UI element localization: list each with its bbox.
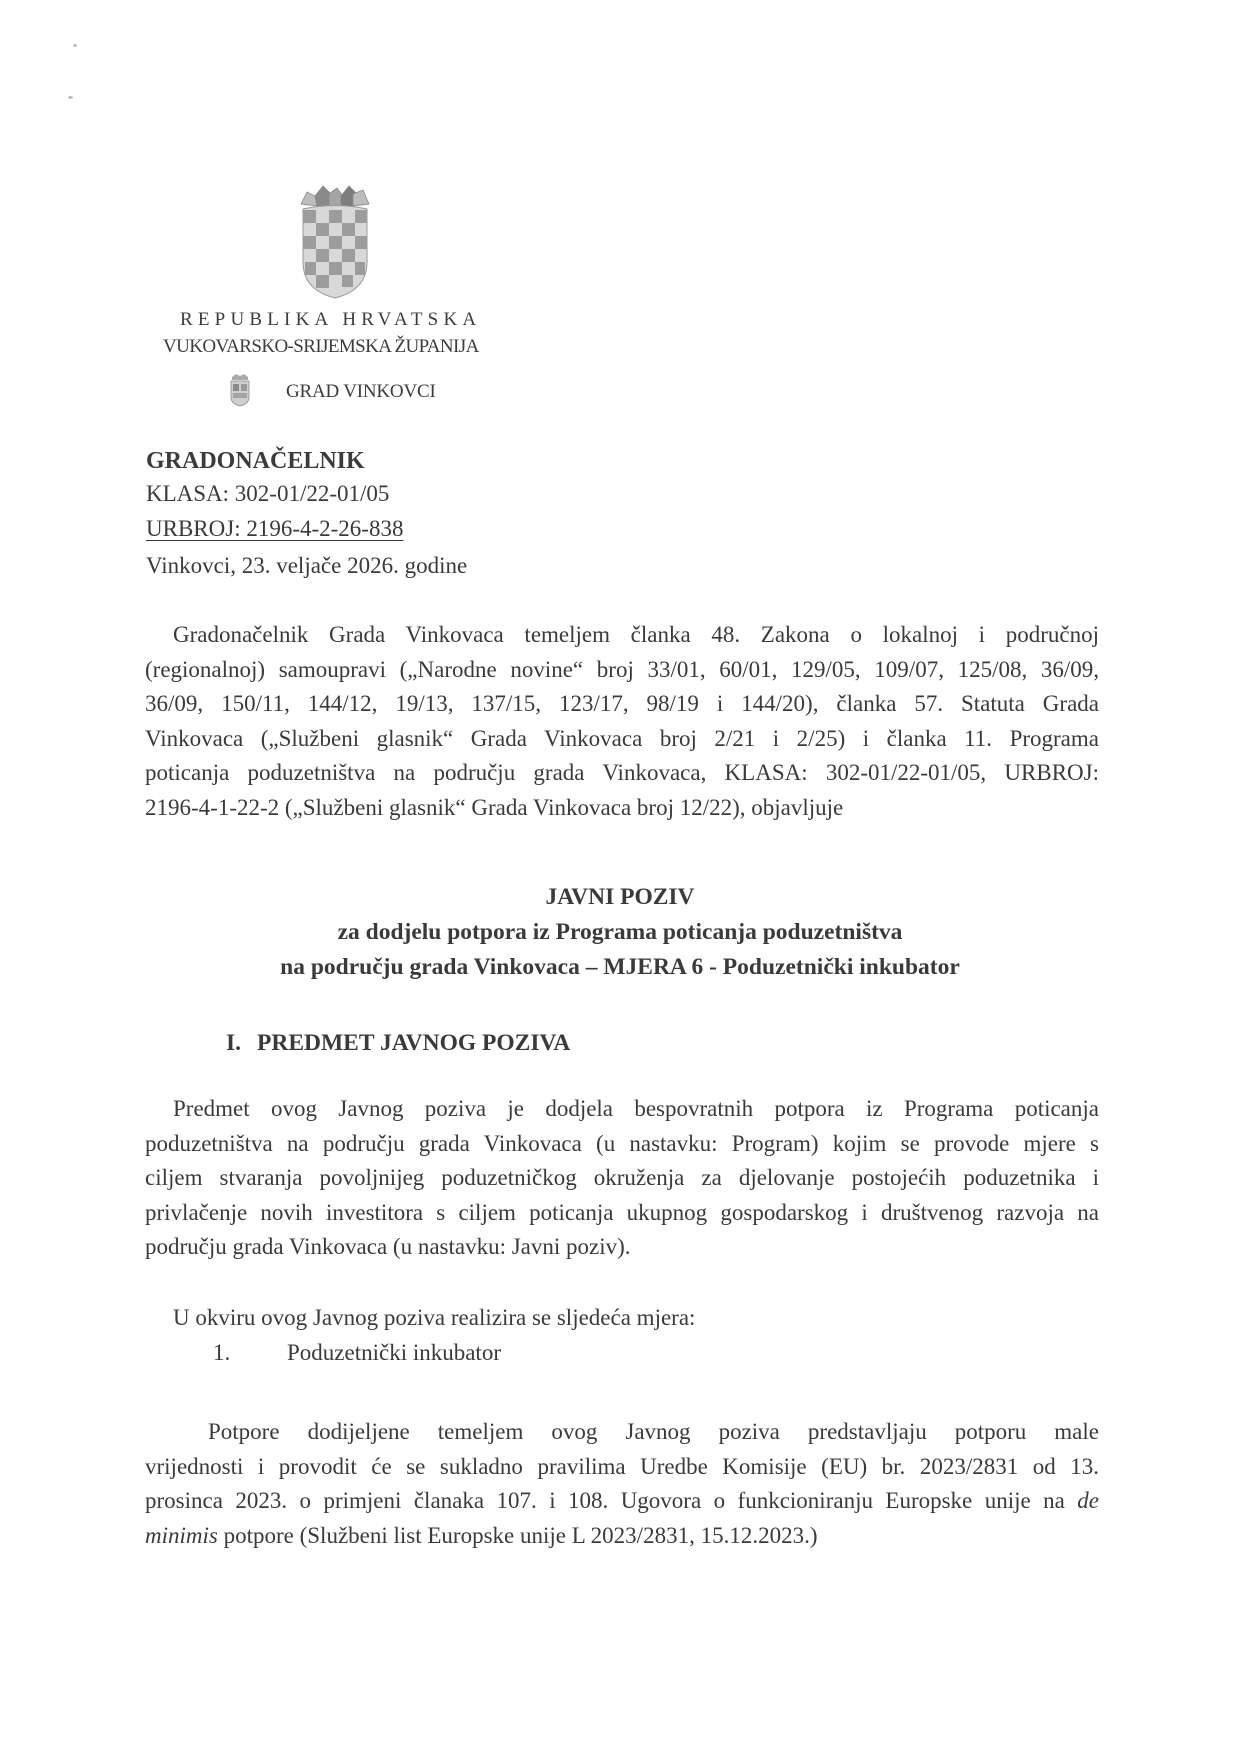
paragraph-line: privlačenje novih investitora s ciljem p… (145, 1196, 1099, 1231)
section-number: I. (226, 1030, 257, 1057)
preamble-line: Vinkovaca („Službeni glasnik“ Grada Vink… (145, 722, 1099, 757)
de-minimis-paragraph: Potpore dodijeljene temeljem ovog Javnog… (145, 1415, 1099, 1553)
klasa-number: KLASA: 302-01/22-01/05 (146, 481, 389, 507)
preamble-line: 36/09, 150/11, 144/12, 19/13, 137/15, 12… (145, 687, 1099, 722)
measure-label: Poduzetnički inkubator (287, 1340, 501, 1366)
scan-speck (73, 44, 77, 47)
office-title: GRADONAČELNIK (146, 448, 365, 475)
preamble-paragraph: Gradonačelnik Grada Vinkovaca temeljem č… (145, 618, 1099, 825)
title-line: za dodjelu potpora iz Programa poticanja… (0, 915, 1240, 950)
italic-term: minimis (145, 1523, 218, 1548)
paragraph-text: potpore (Službeni list Europske unije L … (218, 1523, 818, 1548)
paragraph-line: Predmet ovog Javnog poziva je dodjela be… (145, 1092, 1099, 1127)
preamble-line: (regionalnoj) samoupravi („Narodne novin… (145, 653, 1099, 688)
scan-speck (68, 96, 73, 99)
measure-number: 1. (213, 1340, 230, 1366)
title-line: na području grada Vinkovaca – MJERA 6 - … (0, 950, 1240, 985)
preamble-line: 2196-4-1-22-2 („Službeni glasnik“ Grada … (145, 791, 1099, 826)
paragraph-line: vrijednosti i provodit će se sukladno pr… (145, 1450, 1099, 1485)
city-name: GRAD VINKOVCI (286, 381, 436, 403)
document-title: JAVNI POZIV za dodjelu potpora iz Progra… (0, 880, 1240, 985)
section-heading: I.PREDMET JAVNOG POZIVA (226, 1030, 570, 1057)
subject-paragraph: Predmet ovog Javnog poziva je dodjela be… (145, 1092, 1099, 1265)
title-line: JAVNI POZIV (0, 880, 1240, 915)
paragraph-line: minimis potpore (Službeni list Europske … (145, 1519, 1099, 1554)
paragraph-line: prosinca 2023. o primjeni članaka 107. i… (145, 1484, 1099, 1519)
paragraph-text: prosinca 2023. o primjeni članaka 107. i… (145, 1488, 1065, 1513)
urbroj-number: URBROJ: 2196-4-2-26-838 (146, 516, 403, 542)
paragraph-line: ciljem stvaranja povoljnijeg poduzetničk… (145, 1161, 1099, 1196)
vinkovci-crest-icon (229, 373, 251, 407)
paragraph-line: području grada Vinkovaca (u nastavku: Ja… (145, 1230, 1099, 1265)
croatia-coat-of-arms-icon (295, 182, 375, 302)
section-title: PREDMET JAVNOG POZIVA (257, 1030, 570, 1056)
place-date: Vinkovci, 23. veljače 2026. godine (146, 553, 467, 579)
italic-term: de (1077, 1488, 1099, 1513)
paragraph-line: poduzetništva na području grada Vinkovac… (145, 1127, 1099, 1162)
preamble-line: Gradonačelnik Grada Vinkovaca temeljem č… (145, 618, 1099, 653)
preamble-line: poticanja poduzetništva na području grad… (145, 756, 1099, 791)
country-name: REPUBLIKA HRVATSKA (180, 309, 481, 331)
county-name: VUKOVARSKO-SRIJEMSKA ŽUPANIJA (163, 336, 479, 358)
paragraph-line: Potpore dodijeljene temeljem ovog Javnog… (145, 1415, 1099, 1450)
measure-intro: U okviru ovog Javnog poziva realizira se… (173, 1305, 695, 1331)
